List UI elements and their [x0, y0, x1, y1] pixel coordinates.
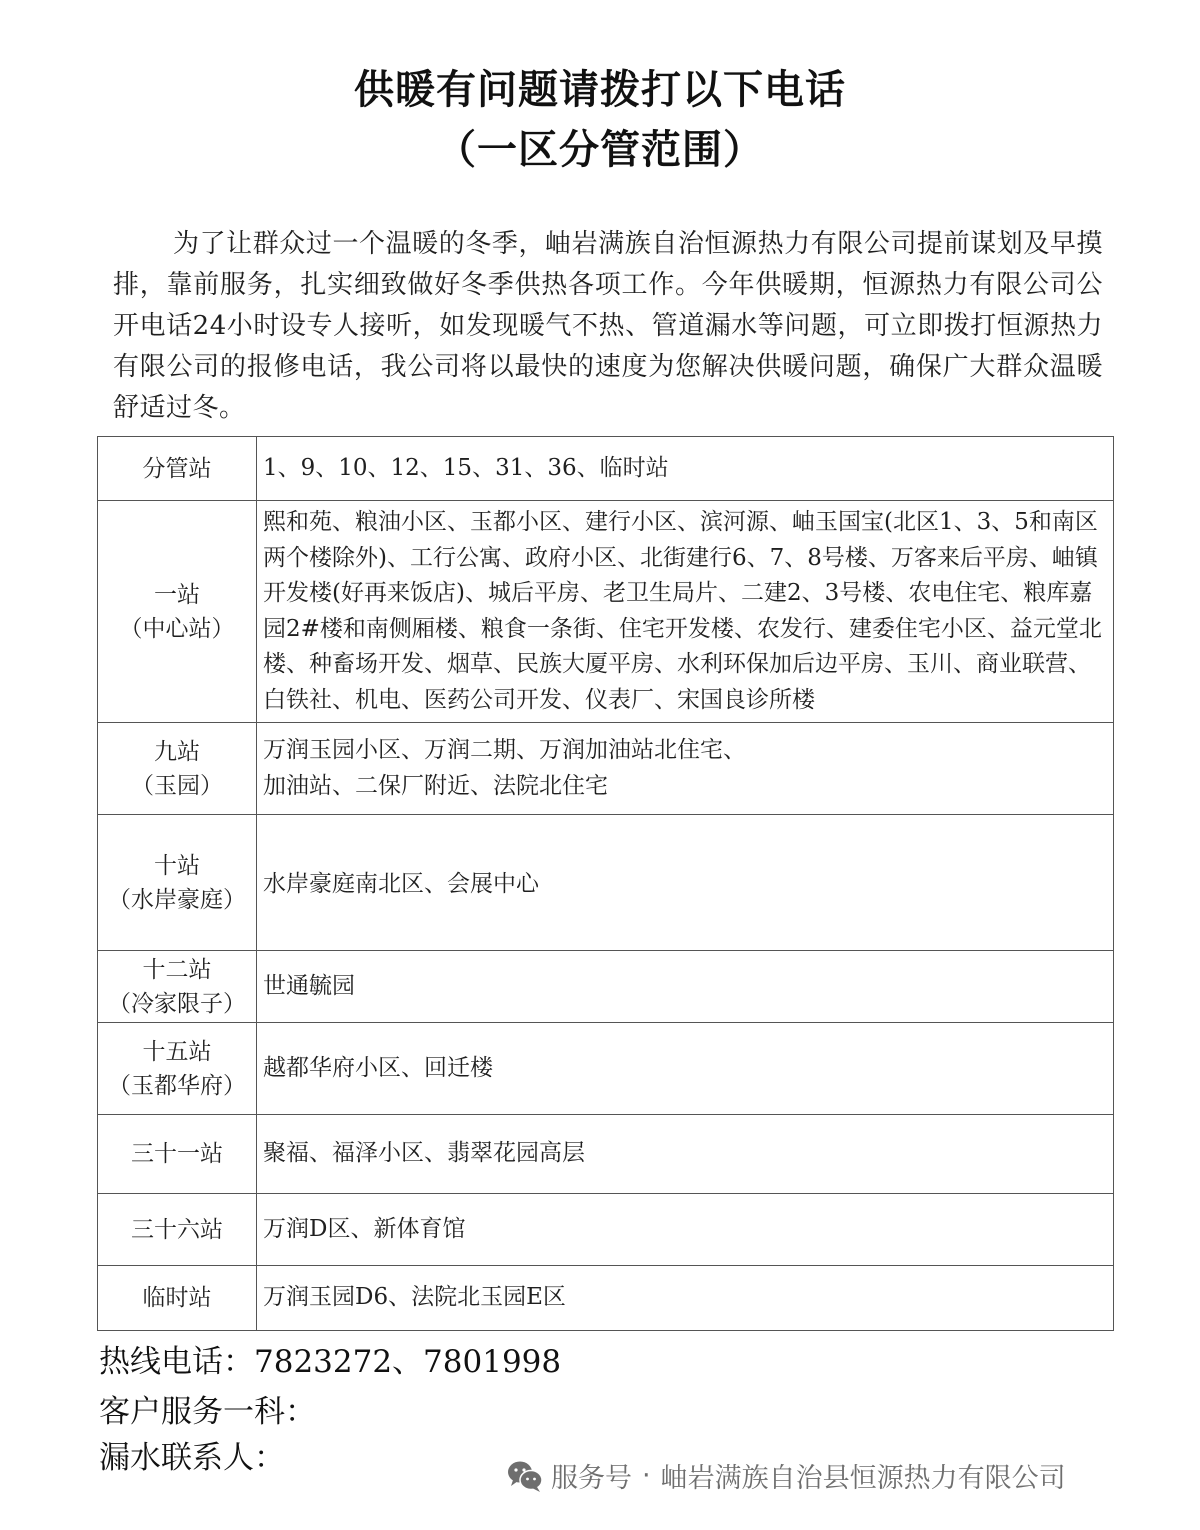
- table-row: 三十一站 聚福、福泽小区、翡翠花园高层: [98, 1115, 1114, 1194]
- station-alias: （冷家限子）: [98, 987, 256, 1021]
- areas-cell: 水岸豪庭南北区、会展中心: [257, 815, 1114, 951]
- watermark-separator: ·: [642, 1460, 651, 1491]
- wechat-icon: [507, 1459, 543, 1493]
- station-table: 分管站 1、9、10、12、15、31、36、临时站 一站 （中心站） 熙和苑、…: [97, 436, 1114, 1331]
- table-row: 一站 （中心站） 熙和苑、粮油小区、玉都小区、建行小区、滨河源、岫玉国宝(北区1…: [98, 501, 1114, 723]
- areas-line: 万润玉园小区、万润二期、万润加油站北住宅、: [263, 733, 1105, 769]
- areas-cell: 万润D区、新体育馆: [257, 1194, 1114, 1266]
- table-row: 三十六站 万润D区、新体育馆: [98, 1194, 1114, 1266]
- areas-line: 加油站、二保厂附近、法院北住宅: [263, 769, 1105, 805]
- header-value: 1、9、10、12、15、31、36、临时站: [257, 437, 1114, 501]
- table-row: 十站 （水岸豪庭） 水岸豪庭南北区、会展中心: [98, 815, 1114, 951]
- page-title: 供暖有问题请拨打以下电话: [0, 58, 1200, 115]
- station-cell: 三十六站: [98, 1194, 257, 1266]
- station-alias: （水岸豪庭）: [98, 883, 256, 917]
- station-name: 三十一站: [98, 1137, 256, 1171]
- station-alias: （玉都华府）: [98, 1069, 256, 1103]
- areas-cell: 世通毓园: [257, 951, 1114, 1023]
- intro-paragraph: 为了让群众过一个温暖的冬季，岫岩满族自治恒源热力有限公司提前谋划及早摸排，靠前服…: [113, 224, 1103, 429]
- areas-cell: 越都华府小区、回迁楼: [257, 1023, 1114, 1115]
- page-subtitle: （一区分管范围）: [0, 118, 1200, 175]
- station-name: 临时站: [98, 1281, 256, 1315]
- leak-contact-label: 漏水联系人：: [99, 1432, 285, 1477]
- table-row: 临时站 万润玉园D6、法院北玉园E区: [98, 1266, 1114, 1331]
- station-alias: （玉园）: [98, 769, 256, 803]
- table-header-row: 分管站 1、9、10、12、15、31、36、临时站: [98, 437, 1114, 501]
- station-cell: 十二站 （冷家限子）: [98, 951, 257, 1023]
- service-dept-label: 客户服务一科：: [99, 1386, 316, 1431]
- station-alias: （中心站）: [98, 612, 256, 646]
- watermark-prefix: 服务号: [551, 1456, 632, 1495]
- areas-cell: 万润玉园小区、万润二期、万润加油站北住宅、 加油站、二保厂附近、法院北住宅: [257, 723, 1114, 815]
- areas-cell: 熙和苑、粮油小区、玉都小区、建行小区、滨河源、岫玉国宝(北区1、3、5和南区两个…: [257, 501, 1114, 723]
- station-cell: 一站 （中心站）: [98, 501, 257, 723]
- station-name: 十五站: [98, 1035, 256, 1069]
- station-name: 三十六站: [98, 1213, 256, 1247]
- watermark-org: 岫岩满族自治县恒源热力有限公司: [661, 1456, 1066, 1495]
- station-name: 十二站: [98, 953, 256, 987]
- areas-cell: 万润玉园D6、法院北玉园E区: [257, 1266, 1114, 1331]
- table-row: 十二站 （冷家限子） 世通毓园: [98, 951, 1114, 1023]
- station-cell: 十站 （水岸豪庭）: [98, 815, 257, 951]
- station-name: 九站: [98, 735, 256, 769]
- station-cell: 临时站: [98, 1266, 257, 1331]
- header-label: 分管站: [98, 437, 257, 501]
- areas-cell: 聚福、福泽小区、翡翠花园高层: [257, 1115, 1114, 1194]
- station-cell: 三十一站: [98, 1115, 257, 1194]
- station-cell: 九站 （玉园）: [98, 723, 257, 815]
- hotline-text: 热线电话：7823272、7801998: [99, 1336, 561, 1381]
- table-row: 九站 （玉园） 万润玉园小区、万润二期、万润加油站北住宅、 加油站、二保厂附近、…: [98, 723, 1114, 815]
- station-name: 十站: [98, 849, 256, 883]
- station-cell: 十五站 （玉都华府）: [98, 1023, 257, 1115]
- watermark: 服务号 · 岫岩满族自治县恒源热力有限公司: [507, 1456, 1066, 1495]
- station-name: 一站: [98, 578, 256, 612]
- table-row: 十五站 （玉都华府） 越都华府小区、回迁楼: [98, 1023, 1114, 1115]
